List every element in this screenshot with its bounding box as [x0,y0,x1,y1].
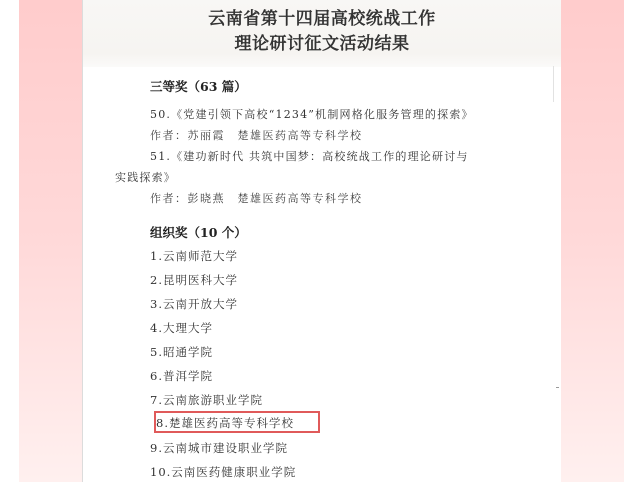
entry-50-title: 50.《党建引领下高校“1234”机制网格化服务管理的探索》 [150,106,474,122]
org-item-6: 6.普洱学院 [150,368,213,384]
entry-51-author: 作者：彭晓燕 楚雄医药高等专科学校 [150,190,363,206]
org-item-10: 10.云南医药健康职业学院 [150,464,296,480]
org-item-1: 1.云南师范大学 [150,248,238,264]
org-item-9: 9.云南城市建设职业学院 [150,440,288,456]
org-item-4: 4.大理大学 [150,320,213,336]
document-page: 云南省第十四届高校统战工作 理论研讨征文活动结果 三等奖（63 篇） 50.《党… [82,0,561,482]
document-title-line-1: 云南省第十四届高校统战工作 [83,4,561,29]
scan-page-edge [553,66,554,102]
org-item-2: 2.昆明医科大学 [150,272,238,288]
right-decorative-band [560,0,624,482]
scan-artifact-mark [556,387,559,388]
org-item-3: 3.云南开放大学 [150,296,238,312]
document-title-line-2: 理论研讨征文活动结果 [83,29,561,54]
document-header: 云南省第十四届高校统战工作 理论研讨征文活动结果 [83,0,561,67]
org-item-8-highlighted: 8.楚雄医药高等专科学校 [156,415,294,431]
org-item-5: 5.昭通学院 [150,344,213,360]
left-decorative-band [19,0,83,482]
third-prize-heading: 三等奖（63 篇） [150,77,247,95]
entry-51-title-line-1: 51.《建功新时代 共筑中国梦：高校统战工作的理论研讨与 [150,148,469,164]
org-item-7: 7.云南旅游职业学院 [150,392,263,408]
entry-51-title-line-2: 实践探索》 [115,169,176,185]
entry-50-author: 作者：苏丽霞 楚雄医药高等专科学校 [150,127,363,143]
organization-award-heading: 组织奖（10 个） [150,223,247,241]
